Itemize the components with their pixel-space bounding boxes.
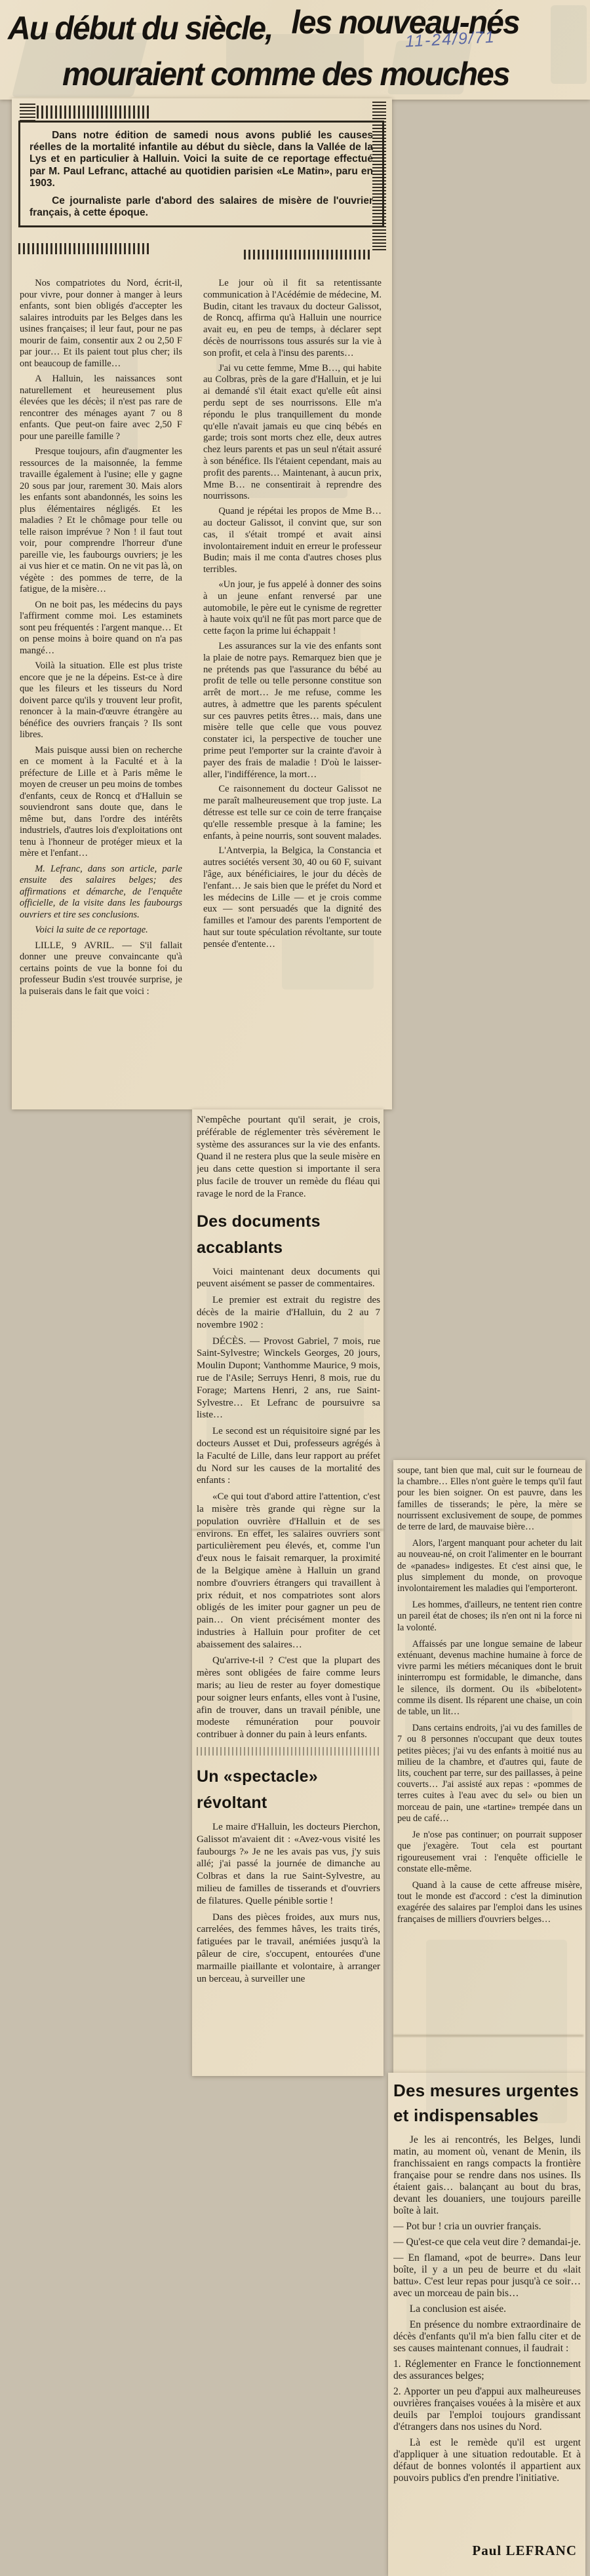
article-column-3: N'empêche pourtant qu'il serait, je croi… <box>197 1114 380 2069</box>
article-paragraph: Je les ai rencontrés, les Belges, lundi … <box>393 2134 581 2217</box>
article-paragraph: Presque toujours, afin d'augmenter les r… <box>20 446 182 596</box>
article-paragraph: Le jour où il fit sa retentissante commu… <box>203 278 382 360</box>
article-paragraph: Voici maintenant deux documents qui peuv… <box>197 1266 380 1291</box>
section-heading: Des documents accablants <box>197 1208 380 1261</box>
article-paragraph: En présence du nombre extraordinaire de … <box>393 2319 581 2355</box>
ornament-divider <box>197 1747 380 1756</box>
article-paragraph: L'Antverpia, la Belgica, la Constancia e… <box>203 845 382 950</box>
ornament-rule <box>244 250 372 260</box>
article-paragraph: Le second est un réquisitoire signé par … <box>197 1425 380 1487</box>
article-paragraph: Le maire d'Halluin, les docteurs Piercho… <box>197 1821 380 1908</box>
article-title: Au début du siècle,les nouveau-nés moura… <box>0 0 590 100</box>
article-paragraph: Ce journaliste parle d'abord des salaire… <box>29 195 373 219</box>
article-paragraph: DÉCÈS. — Provost Gabriel, 7 mois, rue Sa… <box>197 1336 380 1422</box>
article-paragraph: N'empêche pourtant qu'il serait, je croi… <box>197 1114 380 1201</box>
article-paragraph: Dans certains endroits, j'ai vu des fami… <box>397 1723 582 1824</box>
author-signature: Paul LEFRANC <box>472 2545 577 2556</box>
article-paragraph: Qu'arrive-t-il ? C'est que la plupart de… <box>197 1655 380 1741</box>
article-paragraph: Quand à la cause de cette affreuse misèr… <box>397 1880 582 1925</box>
article-paragraph: Nos compatriotes du Nord, écrit-il, pour… <box>20 278 182 370</box>
title-segment-a: Au début du siècle, <box>8 10 273 47</box>
article-column-5: Des mesures urgentes et indispensablesJe… <box>393 2074 581 2576</box>
article-paragraph: Quand je répétai les propos de Mme B… au… <box>203 506 382 576</box>
article-paragraph: Dans notre édition de samedi nous avons … <box>29 130 373 189</box>
ornament-rule <box>18 243 149 254</box>
article-paragraph: LILLE, 9 AVRIL. — S'il fallait donner un… <box>20 940 182 998</box>
article-column-1: Nos compatriotes du Nord, écrit-il, pour… <box>20 278 182 1105</box>
article-paragraph: Là est le remède qu'il est urgent d'appl… <box>393 2437 581 2484</box>
article-paragraph: Ce raisonnement du docteur Galissot ne m… <box>203 784 382 842</box>
article-paragraph: J'ai vu cette femme, Mme B…, qui habite … <box>203 363 382 503</box>
article-paragraph: Voici la suite de ce reportage. <box>20 925 182 936</box>
article-paragraph: Je n'ose pas continuer; on pourrait supp… <box>397 1830 582 1875</box>
article-paragraph: soupe, tant bien que mal, cuit sur le fo… <box>397 1465 582 1533</box>
article-paragraph: On ne boit pas, les médecins du pays l'a… <box>20 600 182 657</box>
article-paragraph: 2. Apporter un peu d'appui aux malheureu… <box>393 2386 581 2433</box>
article-column-4: soupe, tant bien que mal, cuit sur le fo… <box>397 1465 582 2068</box>
article-paragraph: — En flamand, «pot de beurre». Dans leur… <box>393 2252 581 2299</box>
intro-box: Dans notre édition de samedi nous avons … <box>18 121 384 227</box>
section-heading: Des mesures urgentes et indispensables <box>393 2078 581 2128</box>
article-paragraph: Les hommes, d'ailleurs, ne tentent rien … <box>397 1600 582 1634</box>
article-paragraph: Voilà la situation. Elle est plus triste… <box>20 661 182 741</box>
article-paragraph: «Un jour, je fus appelé à donner des soi… <box>203 579 382 638</box>
article-paragraph: 1. Réglementer en France le fonctionneme… <box>393 2358 581 2382</box>
article-title-line2: mouraient comme des mouches <box>62 55 503 93</box>
article-paragraph: A Halluin, les naissances sont naturelle… <box>20 374 182 442</box>
article-paragraph: Dans des pièces froides, aux murs nus, c… <box>197 1912 380 1986</box>
article-paragraph: Les assurances sur la vie des enfants so… <box>203 641 382 781</box>
section-heading: Un «spectacle» révoltant <box>197 1763 380 1816</box>
ornament-rule <box>37 106 151 119</box>
ornament-rule <box>20 104 35 121</box>
article-paragraph: — Qu'est-ce que cela veut dire ? demanda… <box>393 2237 581 2248</box>
scanned-newspaper-page: { "annotation": "11-24/9/71", "title": {… <box>0 0 590 2576</box>
article-paragraph: Mais puisque aussi bien on recherche en … <box>20 745 182 860</box>
article-paragraph: La conclusion est aisée. <box>393 2303 581 2315</box>
article-paragraph: Le premier est extrait du registre des d… <box>197 1294 380 1331</box>
article-paragraph: Affaissés par une longue semaine de labe… <box>397 1639 582 1718</box>
article-column-2: Le jour où il fit sa retentissante commu… <box>203 278 382 1105</box>
article-paragraph: Alors, l'argent manquant pour acheter du… <box>397 1538 582 1594</box>
article-paragraph: «Ce qui tout d'abord attire l'attention,… <box>197 1491 380 1651</box>
article-paragraph: M. Lefranc, dans son article, parle ensu… <box>20 864 182 921</box>
article-paragraph: — Pot bur ! cria un ouvrier français. <box>393 2221 581 2233</box>
